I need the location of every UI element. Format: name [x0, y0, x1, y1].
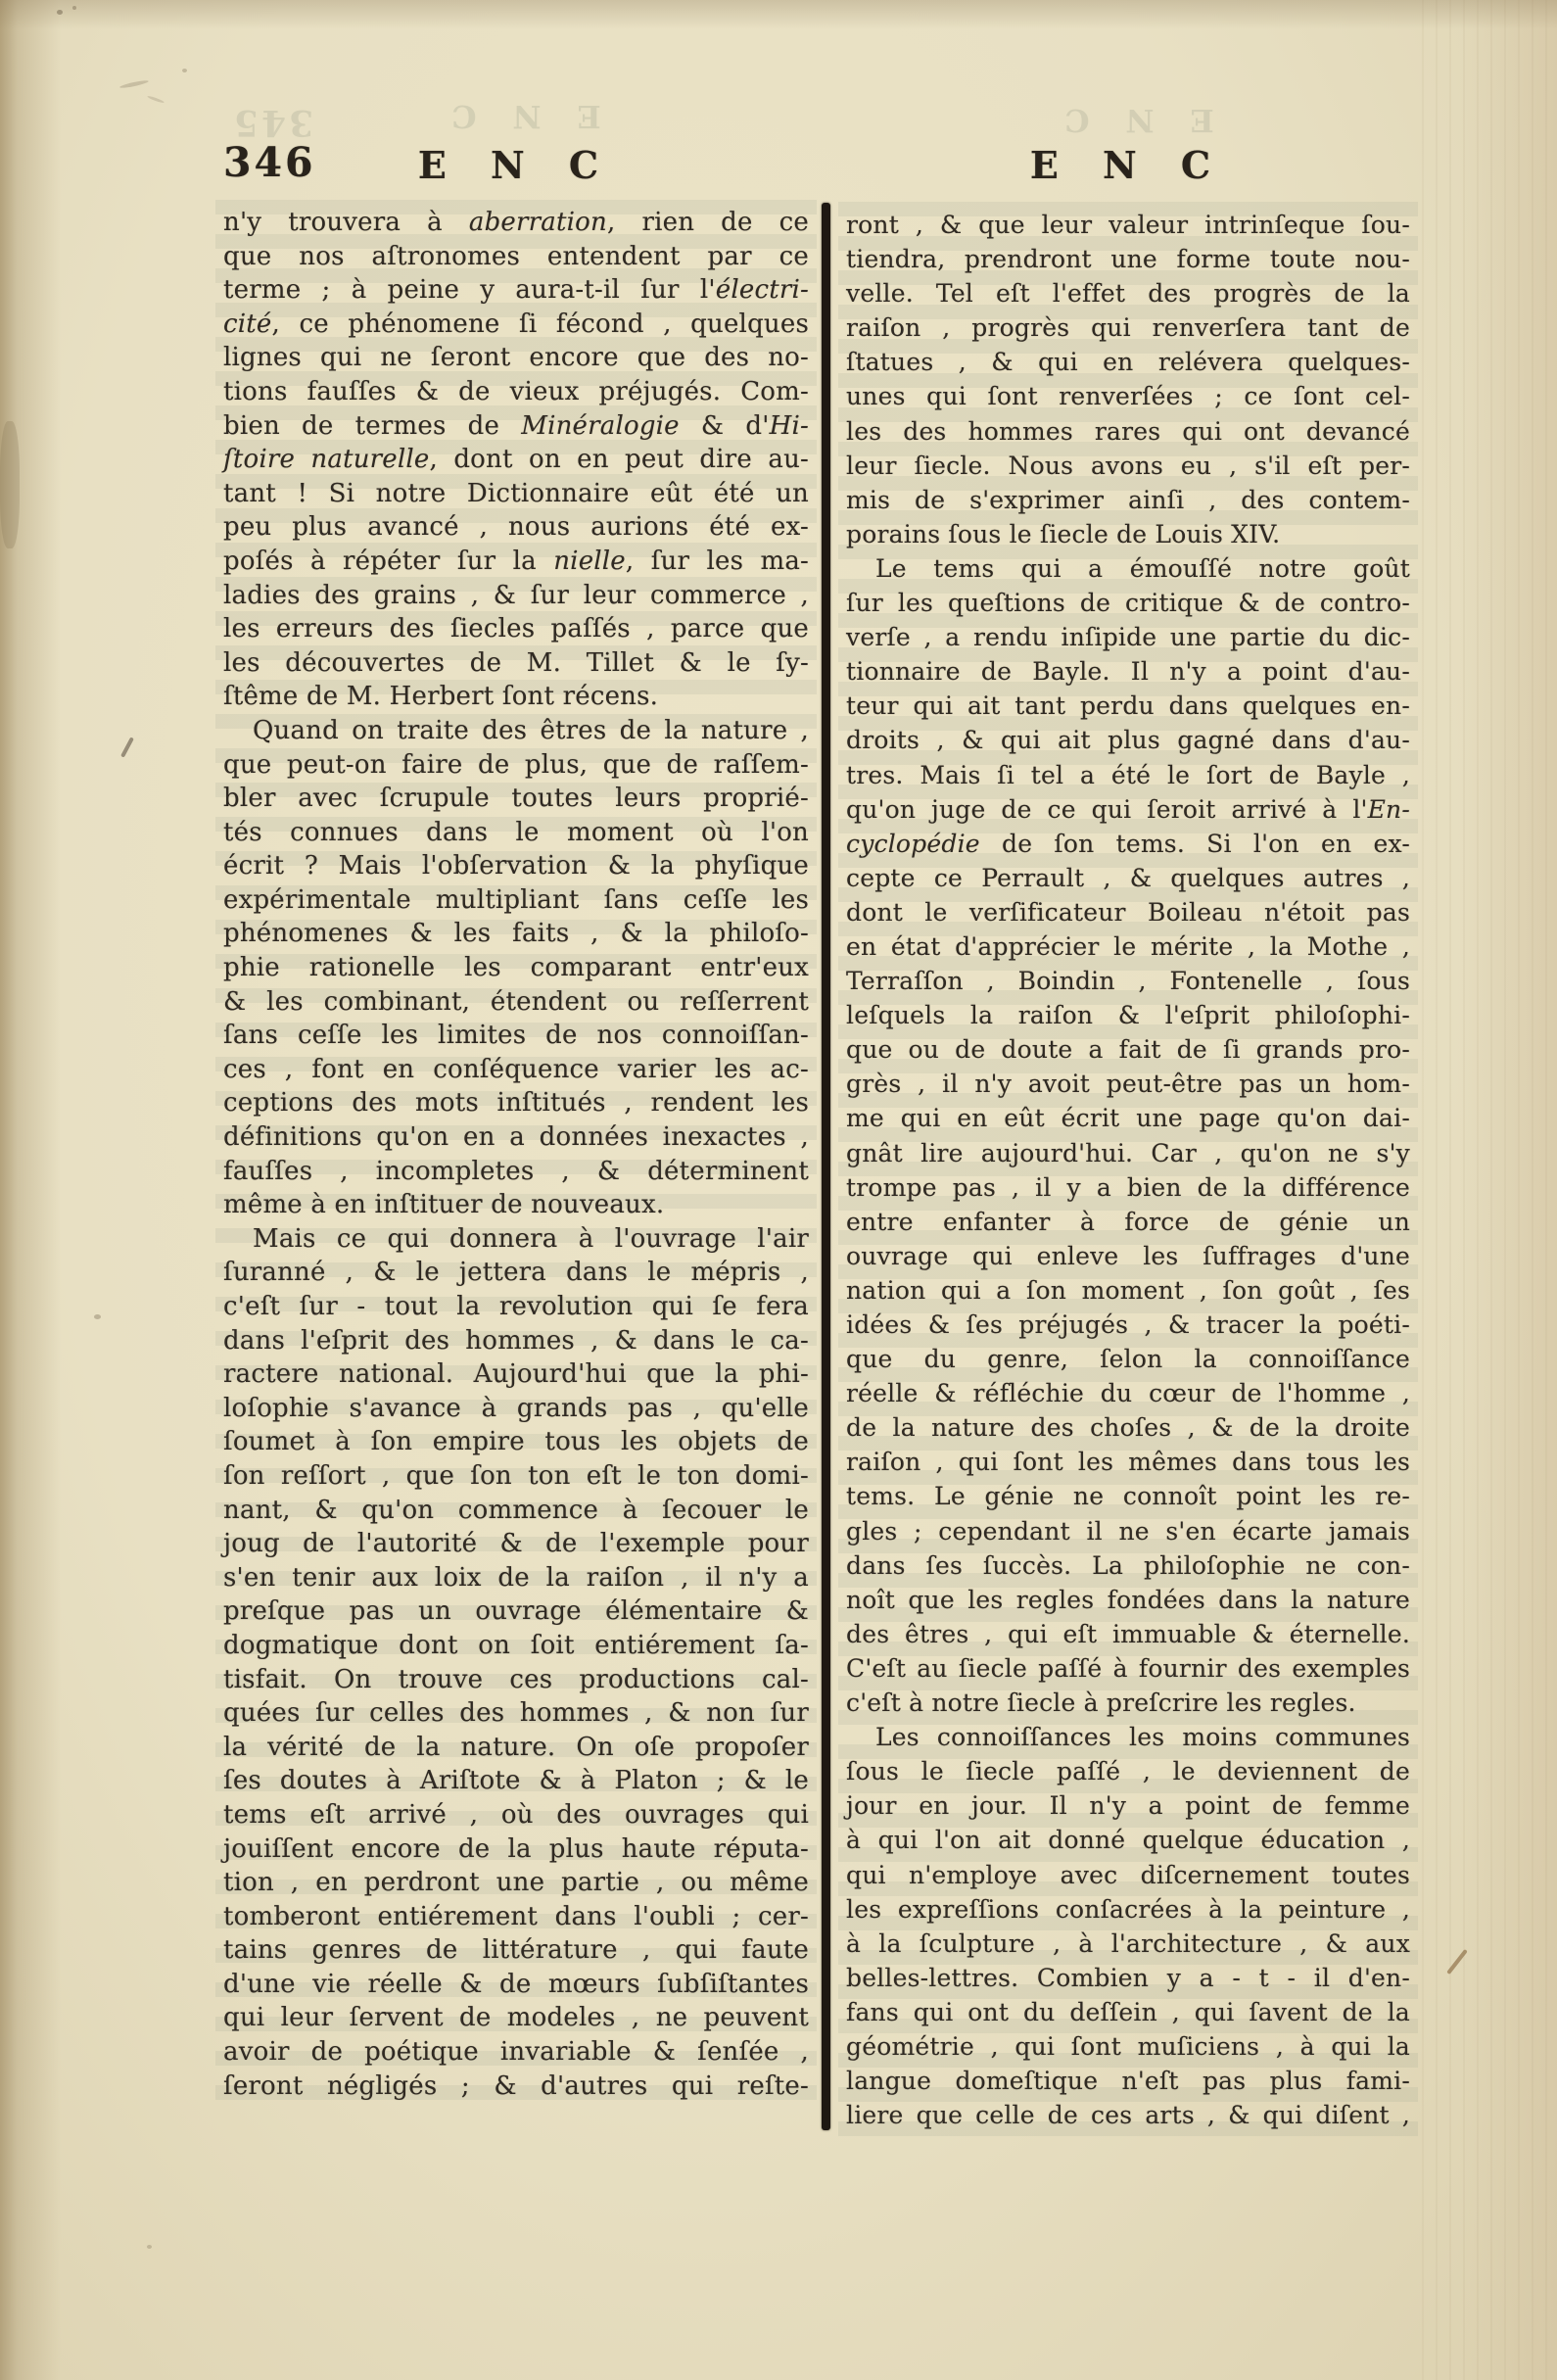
text-line: joug de l'autorité & de l'exemple pour — [223, 1527, 809, 1561]
text-line: qui leur ſervent de modeles , ne peuvent — [223, 2001, 809, 2035]
italic-term: cyclopédie — [846, 830, 980, 858]
text-line: bler avec ſcrupule toutes leurs proprié- — [223, 782, 809, 816]
text-line: tisfait. On trouve ces productions cal- — [223, 1663, 809, 1697]
text-line: porains ſous le ſiecle de Louis XIV. — [846, 517, 1410, 551]
text-line: cyclopédie de ſon tems. Si l'on en ex- — [846, 827, 1410, 861]
text-line: verſe , a rendu inſipide une partie du d… — [846, 620, 1410, 654]
text-line: c'eſt ſur - tout la revolution qui ſe fe… — [223, 1290, 809, 1324]
text-line: tems eſt arrivé , où des ouvrages qui — [223, 1798, 809, 1833]
text-line: que peut-on faire de plus, que de raſſem… — [223, 748, 809, 783]
text-line: raiſon , progrès qui renverſera tant de — [846, 310, 1410, 345]
text-line: C'eſt au ſiecle paſſé à fournir des exem… — [846, 1651, 1410, 1686]
bleedthrough-page-number: 345 — [231, 102, 313, 143]
text-line: tomberont entiérement dans l'oubli ; cer… — [223, 1900, 809, 1934]
italic-term: En- — [1368, 795, 1410, 824]
text-line: que ou de doute a fait de ſi grands pro- — [846, 1032, 1410, 1067]
text-line: droits , & qui ait plus gagné dans d'au- — [846, 723, 1410, 757]
ink-speck — [147, 95, 165, 104]
ink-speck — [72, 6, 76, 10]
text-line: raiſon , qui ſont les mêmes dans tous le… — [846, 1445, 1410, 1479]
text-line: nant, & qu'on commence à ſecouer le — [223, 1494, 809, 1528]
text-line: ladies des grains , & ſur leur commerce … — [223, 579, 809, 613]
text-line: preſque pas un ouvrage élémentaire & — [223, 1595, 809, 1629]
text-line: ſes doutes à Ariſtote & à Platon ; & le — [223, 1764, 809, 1798]
right-text-column: ront , & que leur valeur intrinſeque ſou… — [846, 208, 1410, 2132]
text-line: Quand on traite des êtres de la nature , — [223, 714, 809, 748]
text-line: poſés à répéter ſur la nielle, ſur les m… — [223, 545, 809, 579]
text-line: dogmatique dont on ſoit entiérement ſa- — [223, 1629, 809, 1663]
text-line: grès , il n'y avoit peut-être pas un hom… — [846, 1067, 1410, 1101]
text-line: cité, ce phénomene ſi fécond , quelques — [223, 308, 809, 342]
text-line: que nos aſtronomes entendent par ce — [223, 240, 809, 274]
text-line: phénomenes & les faits , & la philoſo- — [223, 917, 809, 951]
text-line: ractere national. Aujourd'hui que la phi… — [223, 1357, 809, 1392]
text-line: ſtoire naturelle, dont on en peut dire a… — [223, 443, 809, 477]
text-line: tés connues dans le moment où l'on — [223, 816, 809, 850]
text-line: tems. Le génie ne connoît point les re- — [846, 1479, 1410, 1513]
ink-speck — [94, 1314, 101, 1319]
text-line: les expreſſions conſacrées à la peinture… — [846, 1892, 1410, 1927]
book-page-scan: 345 E N C E N C 346 E N C E N C n'y trou… — [0, 0, 1557, 2380]
text-line: écrit ? Mais l'obſervation & la phyſique — [223, 849, 809, 883]
text-line: Le tems qui a émouſſé notre goût — [846, 551, 1410, 586]
ink-speck — [57, 10, 63, 15]
text-line: entre enfanter à force de génie un — [846, 1205, 1410, 1239]
italic-term: ſtoire naturelle — [223, 445, 430, 474]
text-line: ſuranné , & le jettera dans le mépris , — [223, 1256, 809, 1290]
text-line: définitions qu'on en a données inexactes… — [223, 1120, 809, 1155]
text-line: ſans ceſſe les limites de nos connoiſſan… — [223, 1019, 809, 1053]
text-line: dans ſes ſuccès. La philoſophie ne con- — [846, 1548, 1410, 1583]
margin-mark — [120, 737, 134, 757]
text-line: ces , font en conſéquence varier les ac- — [223, 1053, 809, 1087]
ink-speck — [182, 69, 187, 72]
text-line: terme ; à peine y aura-t-il ſur l'électr… — [223, 273, 809, 308]
text-line: quées ſur celles des hommes , & non ſur — [223, 1696, 809, 1731]
text-line: de la nature des choſes , & de la droite — [846, 1410, 1410, 1445]
text-line: jour en jour. Il n'y a point de femme — [846, 1788, 1410, 1823]
text-line: loſophie s'avance à grands pas , qu'elle — [223, 1392, 809, 1426]
italic-term: Hi- — [770, 411, 809, 441]
text-line: les erreurs des ſiecles paſſés , parce q… — [223, 612, 809, 646]
text-line: Mais ce qui donnera à l'ouvrage l'air — [223, 1222, 809, 1257]
text-line: ceptions des mots inſtitués , rendent le… — [223, 1086, 809, 1120]
text-line: géométrie , qui ſont muſiciens , à qui l… — [846, 2029, 1410, 2064]
text-line: ront , & que leur valeur intrinſeque ſou… — [846, 208, 1410, 242]
text-line: ouvrage qui enleve les ſuffrages d'une — [846, 1239, 1410, 1273]
italic-term: cité — [223, 309, 272, 339]
text-line: les découvertes de M. Tillet & le ſy- — [223, 646, 809, 681]
text-line: & les combinant, étendent ou reſſerrent — [223, 985, 809, 1020]
italic-term: aberration — [469, 208, 607, 237]
text-line: velle. Tel eſt l'effet des progrès de la — [846, 276, 1410, 310]
text-line: même à en inſtituer de nouveaux. — [223, 1188, 809, 1222]
text-line: réelle & réfléchie du cœur de l'homme , — [846, 1376, 1410, 1410]
left-text-column: n'y trouvera à aberration, rien de ceque… — [223, 206, 809, 2103]
italic-term: nielle — [553, 547, 626, 576]
text-line: dans l'eſprit des hommes , & dans le ca- — [223, 1324, 809, 1358]
ink-speck — [147, 2245, 152, 2249]
text-line: Terraſſon , Boindin , Fontenelle , ſous — [846, 964, 1410, 998]
ink-speck — [119, 79, 149, 89]
text-line: des êtres , qui eſt immuable & éternelle… — [846, 1617, 1410, 1651]
text-line: d'une vie réelle & de mœurs ſubſiſtantes — [223, 1968, 809, 2002]
text-line: tains genres de littérature , qui faute — [223, 1933, 809, 1968]
text-line: à la ſculpture , à l'architecture , & au… — [846, 1927, 1410, 1961]
text-line: avoir de poétique invariable & ſenſée , — [223, 2035, 809, 2070]
text-line: noît que les regles fondées dans la natu… — [846, 1583, 1410, 1617]
text-line: s'en tenir aux loix de la raiſon , il n'… — [223, 1561, 809, 1595]
text-line: unes qui ſont renverſées ; ce ſont cel- — [846, 379, 1410, 413]
bleedthrough-running-head-right: E N C — [1040, 102, 1226, 139]
bleedthrough-running-head-left: E N C — [427, 98, 613, 135]
text-line: expérimentale multipliant ſans ceſſe les — [223, 883, 809, 918]
text-line: qu'on juge de ce qui ſeroit arrivé à l'E… — [846, 792, 1410, 827]
text-line: peu plus avancé , nous aurions été ex- — [223, 510, 809, 545]
text-line: tionnaire de Bayle. Il n'y a point d'au- — [846, 654, 1410, 689]
text-line: me qui en eût écrit une page qu'on dai- — [846, 1101, 1410, 1135]
paper-fiber — [1446, 1949, 1468, 1975]
text-line: tiendra, prendront une forme toute nou- — [846, 242, 1410, 276]
text-line: dont le verſificateur Boileau n'étoit pa… — [846, 895, 1410, 929]
text-line: ſtême de M. Herbert ſont récens. — [223, 680, 809, 714]
text-line: idées & ſes préjugés , & tracer la poéti… — [846, 1308, 1410, 1342]
text-line: la vérité de la nature. On oſe propoſer — [223, 1731, 809, 1765]
text-line: ſous le ſiecle paſſé , le deviennent de — [846, 1754, 1410, 1788]
text-line: fauſſes , incompletes , & déterminent — [223, 1155, 809, 1189]
text-line: teur qui ait tant perdu dans quelques en… — [846, 689, 1410, 723]
text-line: nation qui a ſon moment , ſon goût , ſes — [846, 1273, 1410, 1308]
text-line: gnât lire aujourd'hui. Car , qu'on ne s'… — [846, 1136, 1410, 1170]
italic-term: Minéralogie — [521, 411, 680, 441]
text-line: ſoumet à ſon empire tous les objets de — [223, 1425, 809, 1459]
text-line: en état d'apprécier le mérite , la Mothe… — [846, 929, 1410, 964]
text-line: tant ! Si notre Dictionnaire eût été un — [223, 477, 809, 511]
text-line: lignes qui ne ſeront encore que des no- — [223, 341, 809, 375]
text-line: langue domeſtique n'eſt pas plus fami- — [846, 2064, 1410, 2098]
text-line: c'eſt à notre ſiecle à preſcrire les reg… — [846, 1686, 1410, 1720]
text-line: tres. Mais ſi tel a été le ſort de Bayle… — [846, 758, 1410, 792]
text-line: trompe pas , il y a bien de la différenc… — [846, 1170, 1410, 1205]
italic-term: électri- — [716, 275, 809, 305]
text-line: les des hommes rares qui ont devancé — [846, 414, 1410, 449]
text-line: phie rationelle les comparant entr'eux — [223, 951, 809, 985]
text-line: tion , en perdront une partie , ou même — [223, 1866, 809, 1900]
text-line: fans qui ont du deſſein , qui ſavent de … — [846, 1995, 1410, 2029]
text-line: leſquels la raiſon & l'eſprit philoſophi… — [846, 998, 1410, 1032]
text-line: que du genre, ſelon la connoiſſance — [846, 1342, 1410, 1376]
text-line: liere que celle de ces arts , & qui diſe… — [846, 2098, 1410, 2132]
text-line: belles-lettres. Combien y a - t - il d'e… — [846, 1961, 1410, 1995]
text-line: ſur les queſtions de critique & de contr… — [846, 586, 1410, 620]
text-line: leur ſiecle. Nous avons eu , s'il eſt pe… — [846, 449, 1410, 483]
text-line: mis de s'exprimer ainſi , des contem- — [846, 483, 1410, 517]
text-line: à qui l'on ait donné quelque éducation , — [846, 1823, 1410, 1857]
text-line: ſeront négligés ; & d'autres qui reſte- — [223, 2070, 809, 2104]
text-line: gles ; cependant il ne s'en écarte jamai… — [846, 1514, 1410, 1548]
text-line: bien de termes de Minéralogie & d'Hi- — [223, 409, 809, 444]
page-edge-grain — [1422, 0, 1557, 2380]
text-line: cepte ce Perrault , & quelques autres , — [846, 861, 1410, 895]
running-head-right: E N C — [846, 143, 1410, 187]
text-line: n'y trouvera à aberration, rien de ce — [223, 206, 809, 240]
text-line: ſon reſſort , que ſon ton eſt le ton dom… — [223, 1459, 809, 1494]
edge-blotch — [0, 421, 20, 548]
running-head-left: E N C — [223, 143, 809, 187]
text-line: Les connoiſſances les moins communes — [846, 1720, 1410, 1754]
text-line: ſtatues , & qui en relévera quelques- — [846, 345, 1410, 379]
text-line: qui n'employe avec diſcernement toutes — [846, 1858, 1410, 1892]
text-line: tions fauſſes & de vieux préjugés. Com- — [223, 375, 809, 409]
column-divider-rule — [822, 203, 830, 2130]
text-line: jouiſſent encore de la plus haute réputa… — [223, 1833, 809, 1867]
